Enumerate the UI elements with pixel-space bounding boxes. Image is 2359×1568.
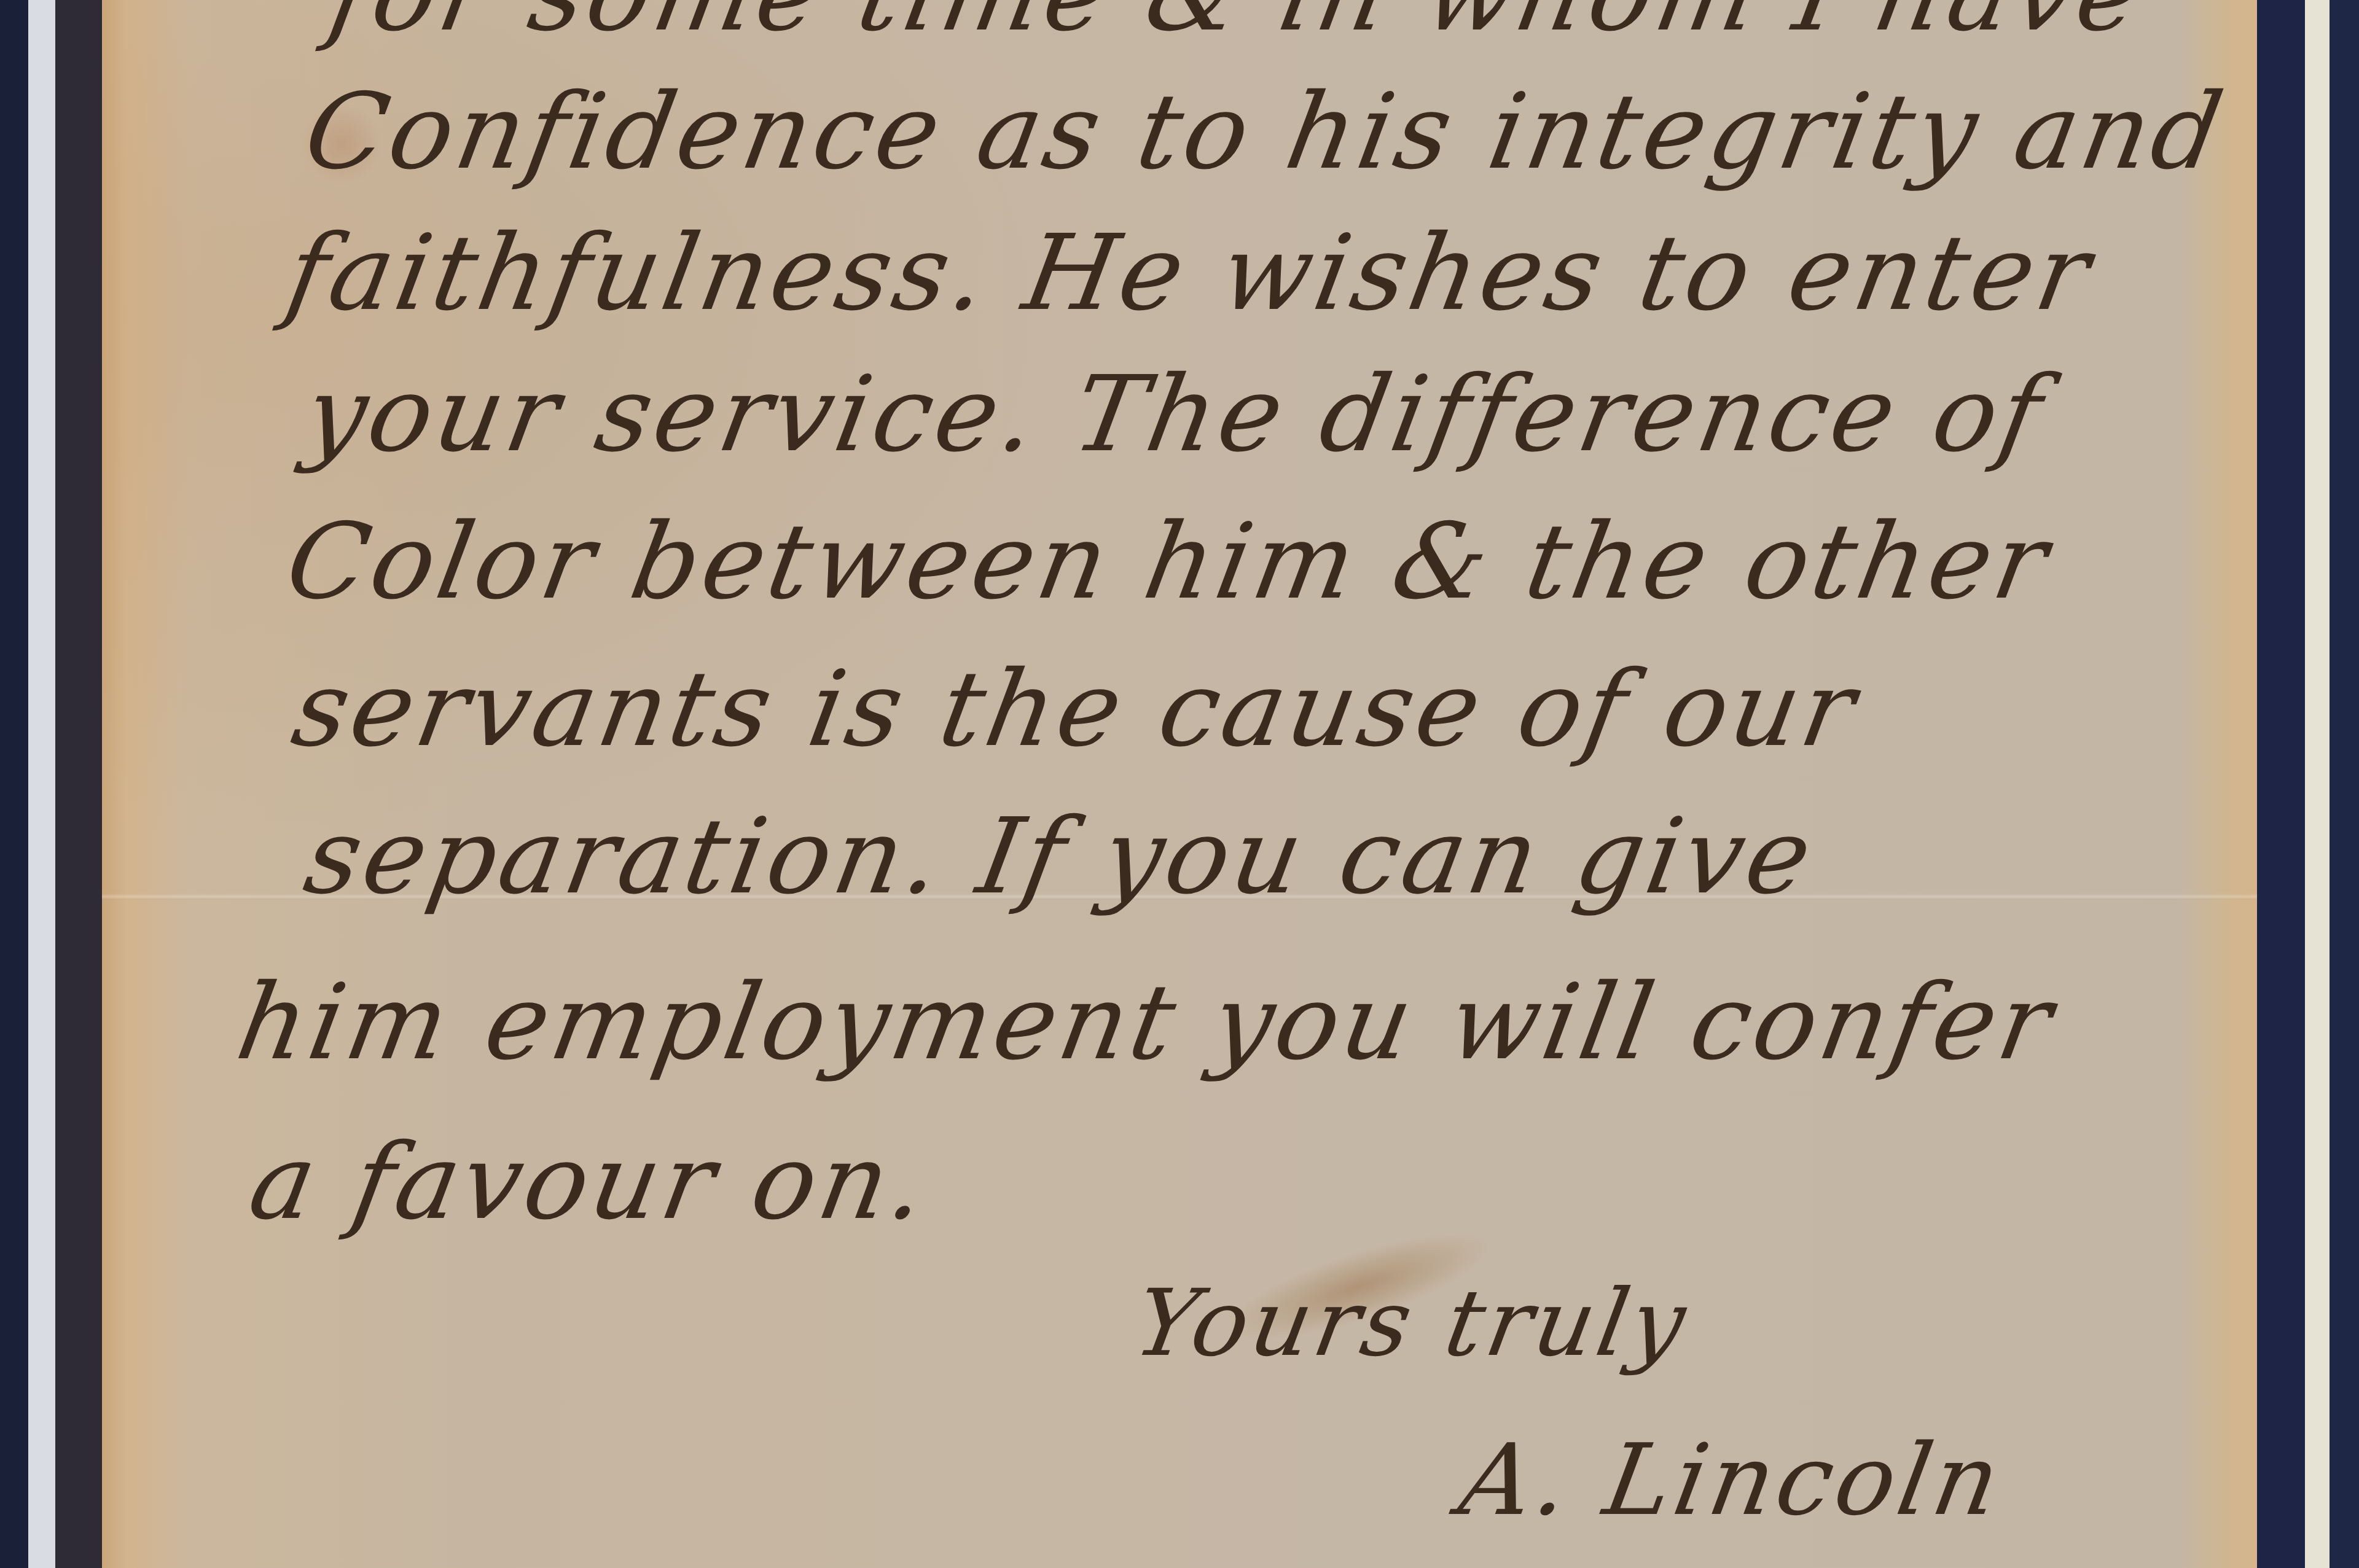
letter-line: faithfulness. He wishes to enter [280, 221, 2100, 326]
mat-stripe-navy-left [0, 0, 28, 1568]
mat-stripe-dark-left [55, 0, 102, 1568]
signature: A. Lincoln [1453, 1431, 2010, 1529]
letter-line: him employment you will confer [230, 970, 2063, 1075]
mat-stripe-navy-right-outer [2330, 0, 2359, 1568]
letter-closing: Yours truly [1129, 1277, 1696, 1370]
letter-line: a favour on. [243, 1130, 937, 1235]
mat-stripe-cream-right [2305, 0, 2330, 1568]
letter-line: Confidence as to his integrity and [298, 80, 2233, 184]
mat-stripe-white-left [28, 0, 55, 1568]
picture-frame: for some time & in whom I have Confidenc… [0, 0, 2359, 1568]
letter-line: your service. The difference of [298, 362, 2052, 467]
letter-line: servants is the cause of our [286, 657, 1866, 762]
letter-line: Color between him & the other [280, 510, 2058, 614]
letter-line: for some time & in whom I have [323, 0, 2153, 46]
letter-line: separation. If you can give [298, 805, 1822, 909]
mat-stripe-navy-right-inner [2257, 0, 2305, 1568]
